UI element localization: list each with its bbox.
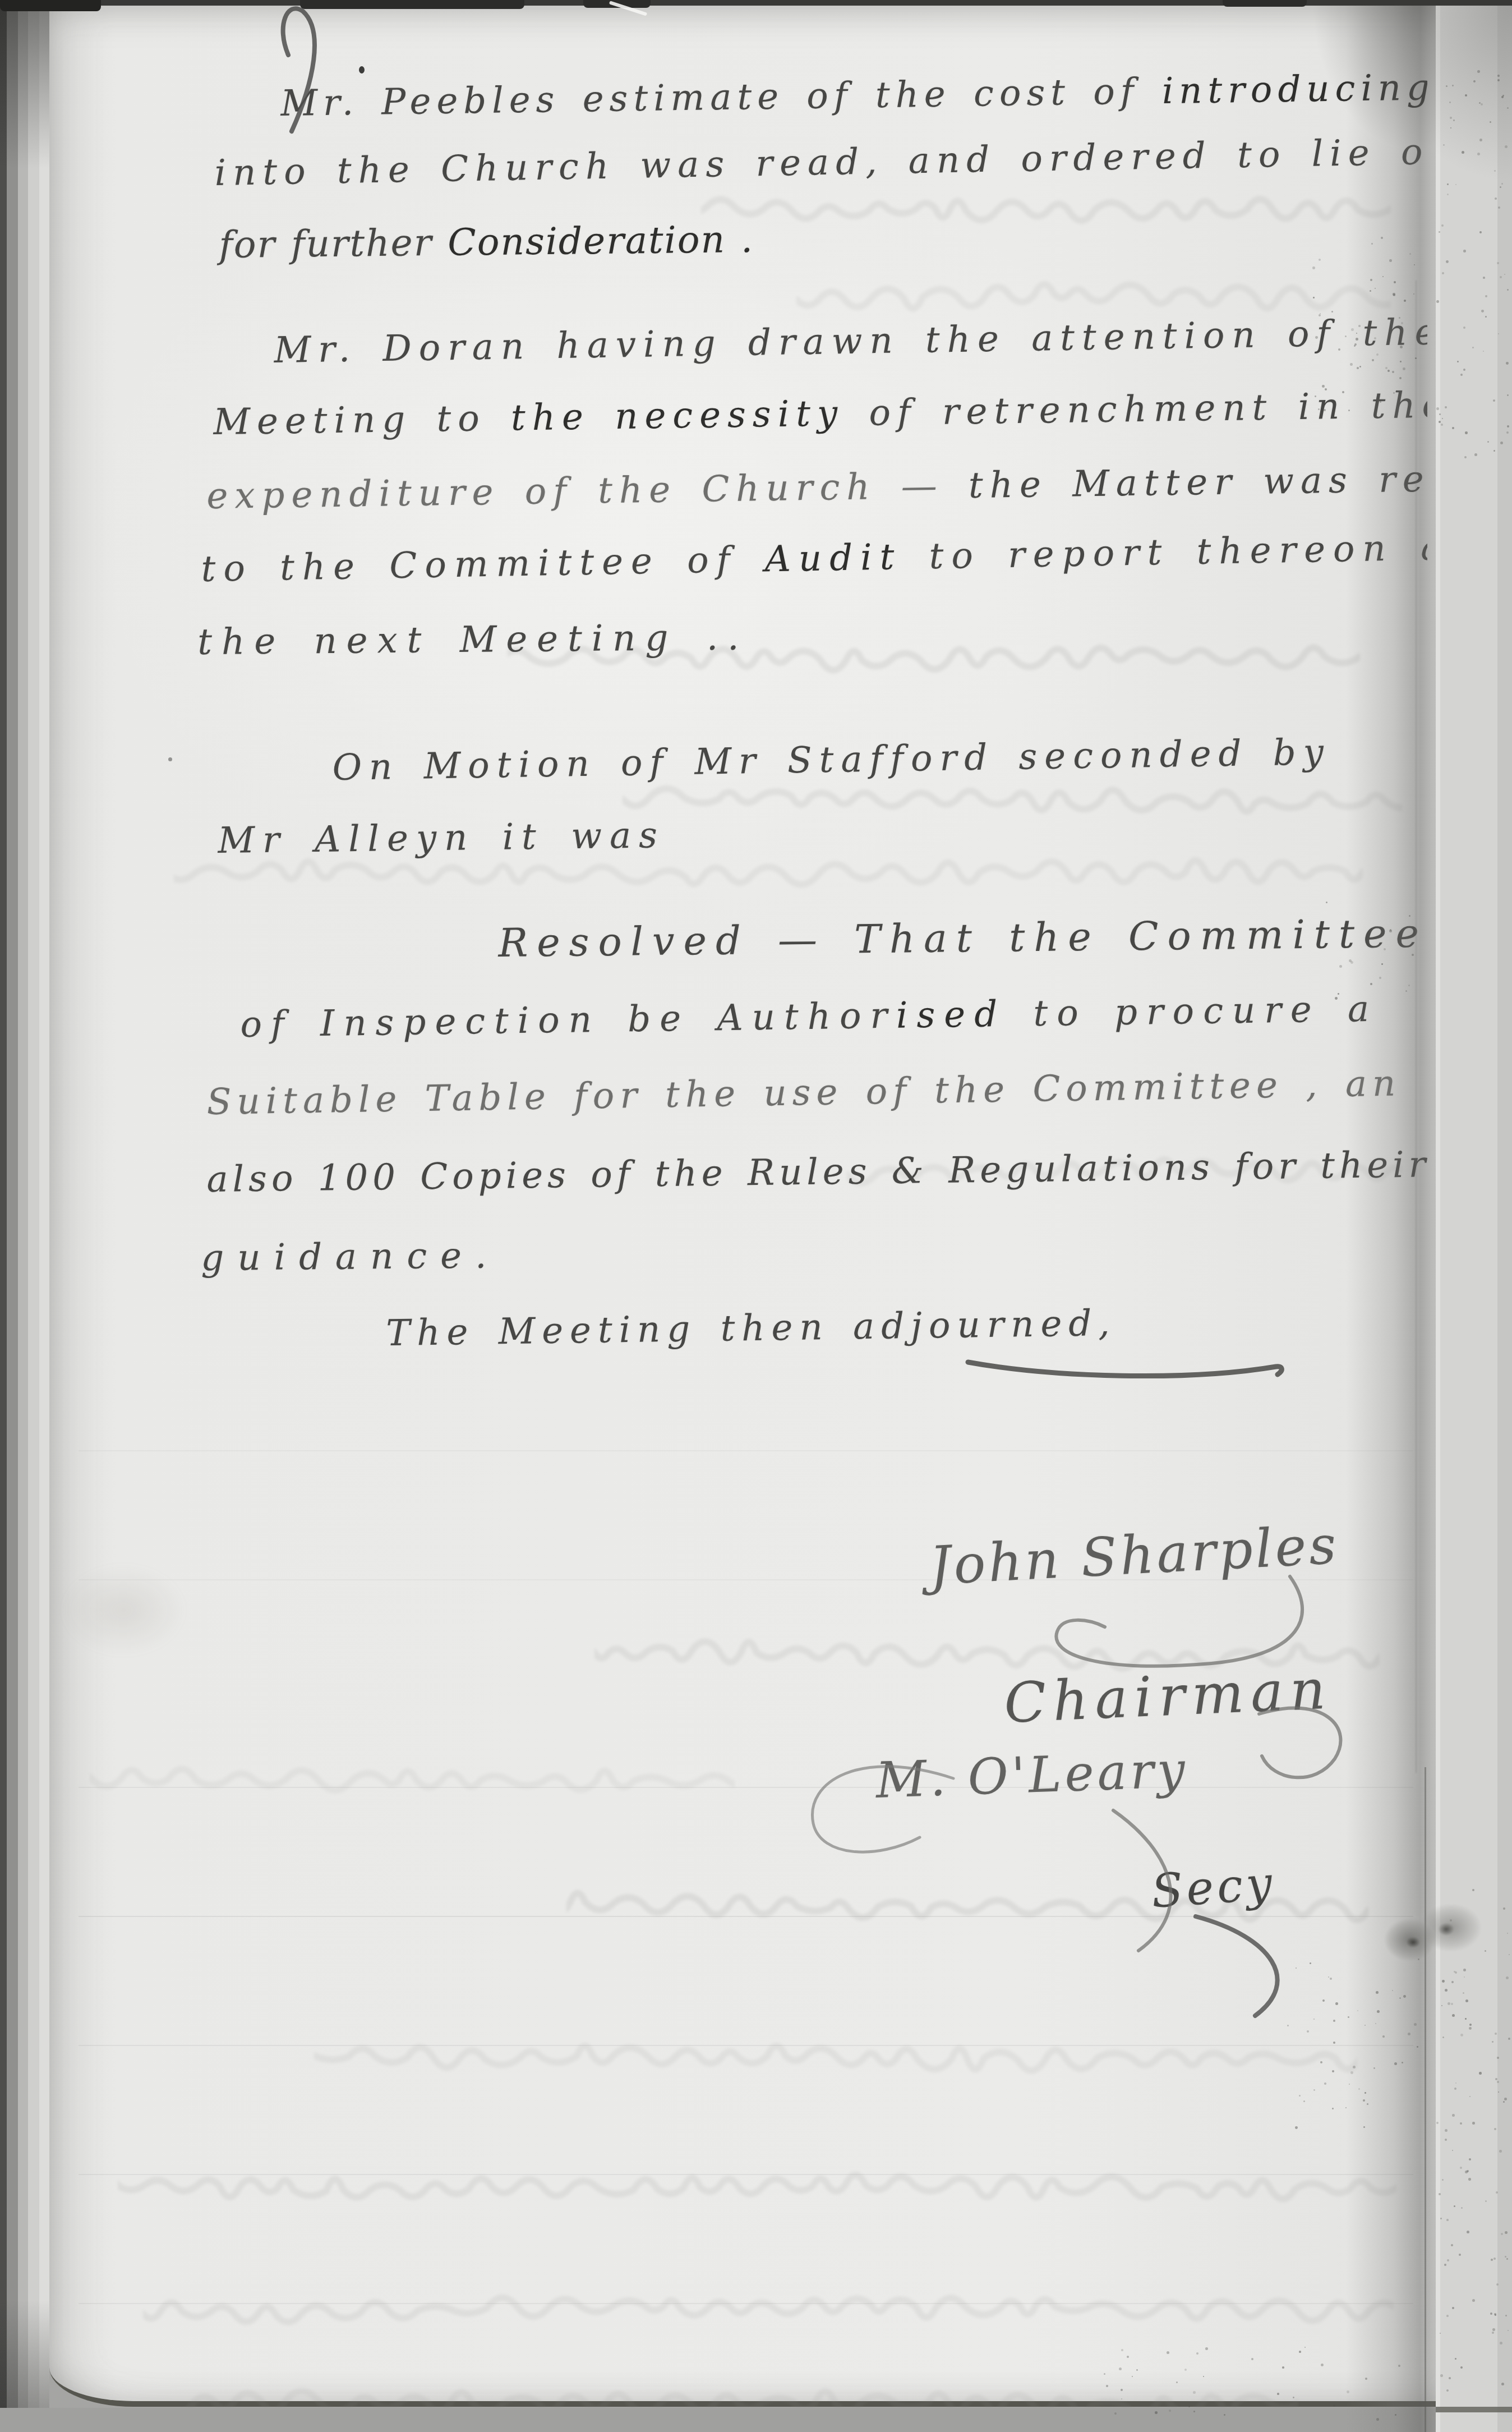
manuscript-line-2: into the Church was read, and ordered to…	[214, 131, 1427, 194]
manuscript-line-8: the next Meeting ..	[197, 617, 749, 663]
text-segment: of Inspection be Author	[240, 995, 896, 1046]
ink-dot	[168, 757, 172, 761]
manuscript-line-9: On Motion of Mr Stafford seconded by	[332, 732, 1331, 789]
wax-spot-damage	[1368, 1895, 1486, 1976]
manuscript-line-7: to the Committee of Audit to report ther…	[201, 527, 1427, 590]
text-segment: the necessity	[511, 393, 845, 439]
signature-flourish	[897, 1565, 1324, 1694]
manuscript-line-14: also 100 Copies of the Rules & Regulatio…	[206, 1144, 1427, 1201]
crease-line	[1425, 1767, 1426, 2432]
text-segment: to procure a	[1006, 989, 1379, 1035]
text-segment: Meeting to	[213, 398, 511, 443]
scan-top-edge-blob	[0, 0, 101, 11]
text-segment: ised	[896, 994, 1006, 1037]
text-segment: Mr. Doran having drawn the attention of …	[274, 311, 1427, 371]
text-segment: Suitable Table for the use of the Commit…	[206, 1063, 1402, 1123]
manuscript-line-12: of Inspection be Authorised to procure a	[240, 989, 1379, 1046]
ink-dot	[359, 66, 365, 73]
adjourned-dash-flourish	[965, 1345, 1290, 1390]
text-segment: to the Committee of	[201, 539, 765, 590]
text-segment: Audit	[764, 536, 902, 580]
scan-top-edge-blob	[300, 0, 524, 9]
manuscript-scan: Mr. Peebles estimate of the cost of intr…	[0, 0, 1512, 2432]
manuscript-line-15: guidance.	[201, 1235, 500, 1279]
text-segment: into the Church was read, and ordered to…	[214, 131, 1427, 194]
text-segment: expenditure of the Church —	[206, 465, 969, 517]
manuscript-line-4: Mr. Doran having drawn the attention of …	[274, 311, 1427, 371]
text-segment: Mr Alleyn it was	[218, 815, 665, 862]
manuscript-line-13: Suitable Table for the use of the Commit…	[206, 1063, 1402, 1123]
manuscript-text: Mr. Peebles estimate of the cost of intr…	[0, 0, 1427, 2432]
manuscript-line-5: Meeting to the necessity of retrenchment…	[213, 384, 1427, 443]
manuscript-line-10: Mr Alleyn it was	[218, 815, 665, 862]
text-segment: also 100 Copies of the Rules & Regulatio…	[206, 1144, 1427, 1201]
text-segment: guidance.	[201, 1235, 500, 1279]
manuscript-line-3: for further Consideration .	[219, 218, 754, 266]
oleary-swash	[794, 1748, 962, 1865]
fold-shadow-top	[1307, 0, 1441, 236]
manuscript-line-6: expenditure of the Church — the Matter w…	[206, 457, 1427, 517]
adjacent-page-strip	[1436, 0, 1512, 2432]
manuscript-line-1: Mr. Peebles estimate of the cost of intr…	[280, 67, 1427, 125]
page-fold-shadow	[1346, 0, 1441, 2432]
crease-line-faint	[1416, 281, 1417, 1773]
secy-tail	[1189, 1906, 1324, 2024]
ascender-flourish	[241, 3, 336, 135]
text-segment: of retrenchment in the	[843, 384, 1427, 434]
text-segment: On Motion of Mr Stafford seconded by	[332, 732, 1331, 789]
adjacent-page-bottom-edge	[1436, 2407, 1512, 2412]
text-segment: Consideration .	[448, 218, 754, 264]
text-segment: the next Meeting ..	[197, 617, 749, 663]
text-segment: Resolved — That the Committee	[498, 911, 1427, 966]
manuscript-line-11: Resolved — That the Committee	[498, 911, 1427, 966]
text-segment: Mr. Peebles estimate of the cost of	[280, 71, 1162, 125]
scan-top-edge-blob	[1223, 0, 1307, 7]
text-segment: for further	[219, 221, 448, 266]
